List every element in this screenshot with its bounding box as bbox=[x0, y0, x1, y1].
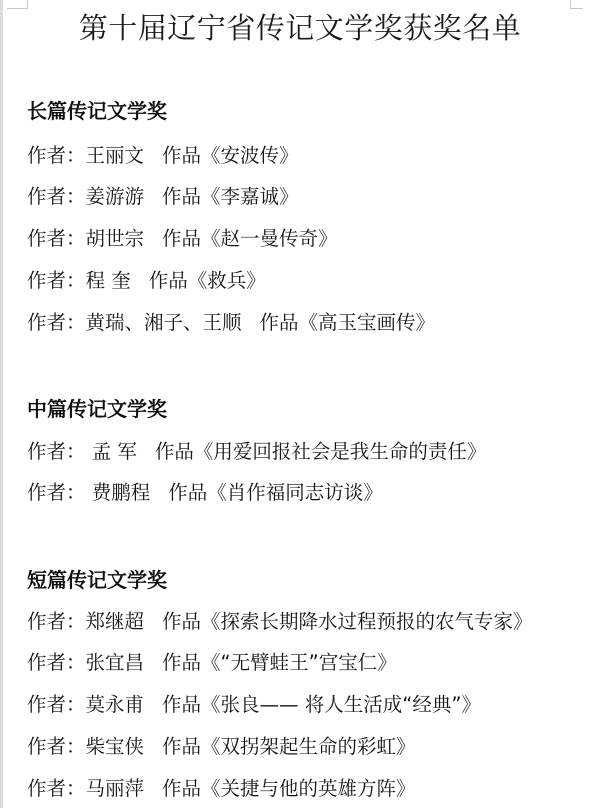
author-name: 王丽文 bbox=[86, 144, 145, 167]
author-label: 作者： bbox=[27, 651, 86, 674]
author-name: 郑继超 bbox=[86, 610, 145, 633]
author-label: 作者： bbox=[27, 610, 86, 633]
work-title: 《关捷与他的英雄方阵》 bbox=[201, 777, 416, 800]
author-name: 柴宝侠 bbox=[86, 735, 145, 758]
work-label: 作品 bbox=[162, 610, 201, 633]
work-label: 作品 bbox=[162, 144, 201, 167]
award-entry: 作者：程 奎作品《救兵》 bbox=[27, 269, 266, 293]
work-title: 《张良—— 将人生活成“经典”》 bbox=[201, 693, 481, 716]
work-title: 《双拐架起生命的彩虹》 bbox=[201, 735, 416, 758]
author-name: 莫永甫 bbox=[86, 693, 145, 716]
section-heading-short: 短篇传记文学奖 bbox=[27, 568, 167, 592]
author-label: 作者： bbox=[27, 269, 86, 292]
work-label: 作品 bbox=[260, 311, 299, 334]
work-label: 作品 bbox=[168, 481, 207, 504]
author-label: 作者： bbox=[27, 693, 86, 716]
work-label: 作品 bbox=[162, 693, 201, 716]
award-entry: 作者：黄瑞、湘子、王顺作品《高玉宝画传》 bbox=[27, 311, 435, 335]
section-heading-long: 长篇传记文学奖 bbox=[27, 99, 167, 123]
work-label: 作品 bbox=[155, 440, 194, 463]
author-name: 孟 军 bbox=[92, 440, 137, 463]
author-label: 作者： bbox=[27, 185, 86, 208]
work-label: 作品 bbox=[162, 185, 201, 208]
award-entry: 作者：郑继超作品《探索长期降水过程预报的农气专家》 bbox=[27, 610, 533, 634]
page-edge bbox=[0, 0, 3, 808]
author-label: 作者： bbox=[27, 311, 86, 334]
work-title: 《李嘉诚》 bbox=[201, 185, 299, 208]
author-label: 作者： bbox=[27, 735, 86, 758]
work-title: 《“无臂蛙王”宫宝仁》 bbox=[201, 651, 397, 674]
work-title: 《赵一曼传奇》 bbox=[201, 227, 338, 250]
work-label: 作品 bbox=[162, 227, 201, 250]
page-title: 第十届辽宁省传记文学奖获奖名单 bbox=[0, 10, 600, 46]
author-label: 作者： bbox=[27, 440, 92, 463]
author-name: 黄瑞、湘子、王顺 bbox=[86, 311, 242, 334]
award-entry: 作者：胡世宗作品《赵一曼传奇》 bbox=[27, 227, 338, 251]
work-title: 《用爱回报社会是我生命的责任》 bbox=[194, 440, 487, 463]
margin-corner-mark-right bbox=[570, 0, 583, 9]
work-label: 作品 bbox=[162, 735, 201, 758]
section-heading-medium: 中篇传记文学奖 bbox=[27, 397, 167, 421]
author-label: 作者： bbox=[27, 777, 86, 800]
author-label: 作者： bbox=[27, 144, 86, 167]
work-label: 作品 bbox=[162, 777, 201, 800]
work-title: 《救兵》 bbox=[188, 269, 266, 292]
work-label: 作品 bbox=[149, 269, 188, 292]
award-entry: 作者：莫永甫作品《张良—— 将人生活成“经典”》 bbox=[27, 693, 481, 717]
award-entry: 作者：姜游游作品《李嘉诚》 bbox=[27, 185, 299, 209]
author-name: 张宜昌 bbox=[86, 651, 145, 674]
work-title: 《肖作福同志访谈》 bbox=[207, 481, 383, 504]
margin-corner-mark-left bbox=[7, 0, 28, 9]
work-title: 《高玉宝画传》 bbox=[299, 311, 436, 334]
award-entry: 作者：马丽萍作品《关捷与他的英雄方阵》 bbox=[27, 777, 416, 801]
author-name: 费鹏程 bbox=[92, 481, 151, 504]
author-name: 程 奎 bbox=[86, 269, 131, 292]
award-entry: 作者：王丽文作品《安波传》 bbox=[27, 144, 299, 168]
award-entry: 作者： 费鹏程作品《肖作福同志访谈》 bbox=[27, 481, 383, 505]
work-title: 《探索长期降水过程预报的农气专家》 bbox=[201, 610, 533, 633]
author-name: 胡世宗 bbox=[86, 227, 145, 250]
author-name: 姜游游 bbox=[86, 185, 145, 208]
author-name: 马丽萍 bbox=[86, 777, 145, 800]
author-label: 作者： bbox=[27, 227, 86, 250]
award-entry: 作者：柴宝侠作品《双拐架起生命的彩虹》 bbox=[27, 735, 416, 759]
award-entry: 作者： 孟 军作品《用爱回报社会是我生命的责任》 bbox=[27, 440, 486, 464]
award-entry: 作者：张宜昌作品《“无臂蛙王”宫宝仁》 bbox=[27, 651, 397, 675]
author-label: 作者： bbox=[27, 481, 92, 504]
work-label: 作品 bbox=[162, 651, 201, 674]
work-title: 《安波传》 bbox=[201, 144, 299, 167]
